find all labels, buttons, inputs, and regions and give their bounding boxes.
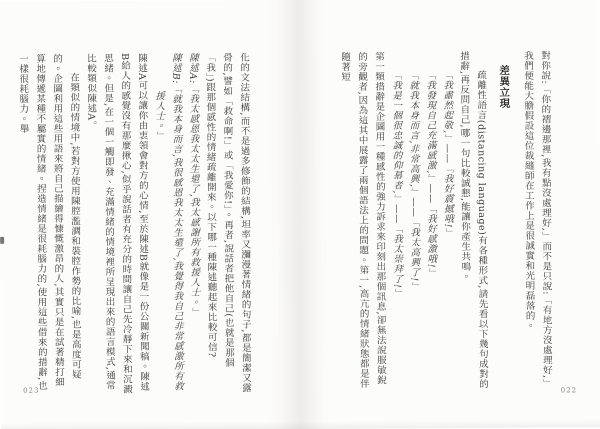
example-pair-2: 「我發現自己充滿感激,」——「我好感激哦!」: [421, 51, 440, 393]
paragraph-distancing-intro: 疏離性語言(distancing language)有各種形式,請先看以下幾句成…: [455, 51, 491, 393]
page-left: 化的文法結構,而不是過多修飾的結構,坦率又瀰漫著情緒的句子,都是簡潔又露骨的,譬…: [0, 0, 301, 429]
section-heading: 差異立現: [495, 51, 514, 393]
example-pair-3: 「就我本身而言,非常高興,」——「我太高興了!」: [404, 51, 423, 393]
paragraph-first-type: 第一類措辭是企圖用一種感性的強力訴求來印刻出那個訊息,卻無法說服敏銳的旁觀者,因…: [336, 51, 389, 393]
page-number-right: 022: [561, 386, 577, 394]
edge-mark: [0, 237, 4, 244]
paragraph-statement-comparison: 陳述A可以讓你由衷領會對方的心情,至於陳述B就像是一份公關新聞稿。陳述B給人的感…: [82, 53, 152, 395]
book-spread: 對你說:「你的褶邊那裡,我有點沒處理好,」而不是只說:「有地方沒處理好,」我們便…: [0, 0, 600, 429]
statement-a: 陳述A:「我太感恩我太太生還了,我太感謝所有救援人士。」: [184, 53, 203, 395]
statement-b: 陳述B:「就我本身而言,我很感恩我太太生還了,我覺得我自己非常感激所有救援人士。…: [150, 53, 186, 395]
paragraph-cliche-warning: 在類似的情境中,若對方使用陳腔濫調和裝腔作勢的比喻,也是高度可疑的。企圖利用這些…: [14, 53, 84, 395]
page-right-text: 對你說:「你的褶邊那裡,我有點沒處理好,」而不是只說:「有地方沒處理好,」我們便…: [336, 50, 555, 393]
page-left-text: 化的文法結構,而不是過多修飾的結構,坦率又瀰漫著情緒的句子,都是簡潔又露骨的,譬…: [14, 52, 254, 395]
page-right: 對你說:「你的褶邊那裡,我有點沒處理好,」而不是只說:「有地方沒處理好,」我們便…: [299, 0, 600, 429]
page-number-left: 023: [23, 387, 39, 395]
paragraph-tailor-continuation: 對你說:「你的褶邊那裡,我有點沒處理好,」而不是只說:「有地方沒處理好,」我們便…: [519, 50, 555, 392]
example-pair-1: 「我肅然起敬,」——「我好震撼哦!」: [438, 51, 457, 393]
example-pair-4: 「我是一個很忠誠的仰慕者,」——「我太崇拜了!」: [387, 51, 406, 393]
paragraph-grammar-continuation: 化的文法結構,而不是過多修飾的結構,坦率又瀰漫著情緒的句子,都是簡潔又露骨的,譬…: [201, 52, 254, 394]
